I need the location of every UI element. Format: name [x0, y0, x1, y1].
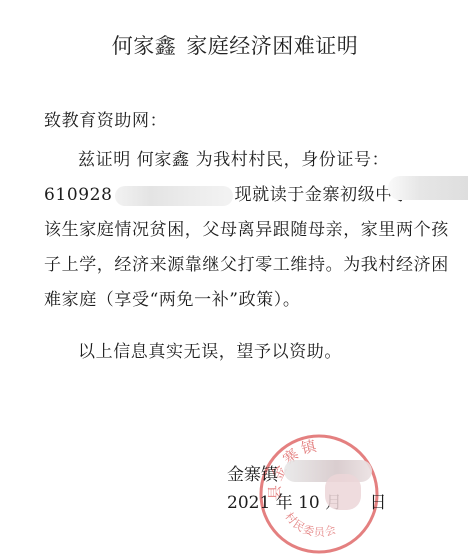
day-redaction-blur	[325, 474, 361, 510]
signature-date: 2021 年 10 月 日	[227, 488, 387, 513]
school-redaction-blur	[388, 176, 468, 200]
paragraph1-line1: 兹证明 何家鑫 为我村村民，身份证号：	[78, 145, 389, 170]
id-prefix: 610928	[44, 185, 113, 205]
id-redaction-blur	[115, 186, 233, 206]
school-text: 现就读于金寨初级中学	[235, 185, 411, 205]
date-year: 2021 年	[227, 493, 293, 513]
svg-text:村民委员会: 村民委员会	[282, 509, 338, 539]
document-title: 何家鑫家庭经济困难证明	[0, 30, 470, 60]
title-text: 家庭经济困难证明	[186, 34, 358, 58]
date-day-suffix: 日	[370, 493, 387, 513]
paragraph1-line4: 子上学，经济来源靠继父打零工维持。为我村经济困	[44, 250, 449, 275]
title-name: 何家鑫	[112, 34, 177, 58]
paragraph1-line2: 610928现就读于金寨初级中学	[44, 180, 411, 206]
paragraph1-line3: 该生家庭情况贫困，父母离异跟随母亲，家里两个孩	[44, 215, 449, 240]
paragraph1-line5: 难家庭（享受“两免一补”政策）。	[44, 285, 300, 310]
salutation: 致教育资助网：	[44, 106, 167, 131]
signature-org: 金寨镇	[227, 460, 278, 485]
paragraph2: 以上信息真实无误，望予以资助。	[78, 337, 342, 362]
seal-bottom-text: 村民委员会	[282, 509, 338, 539]
